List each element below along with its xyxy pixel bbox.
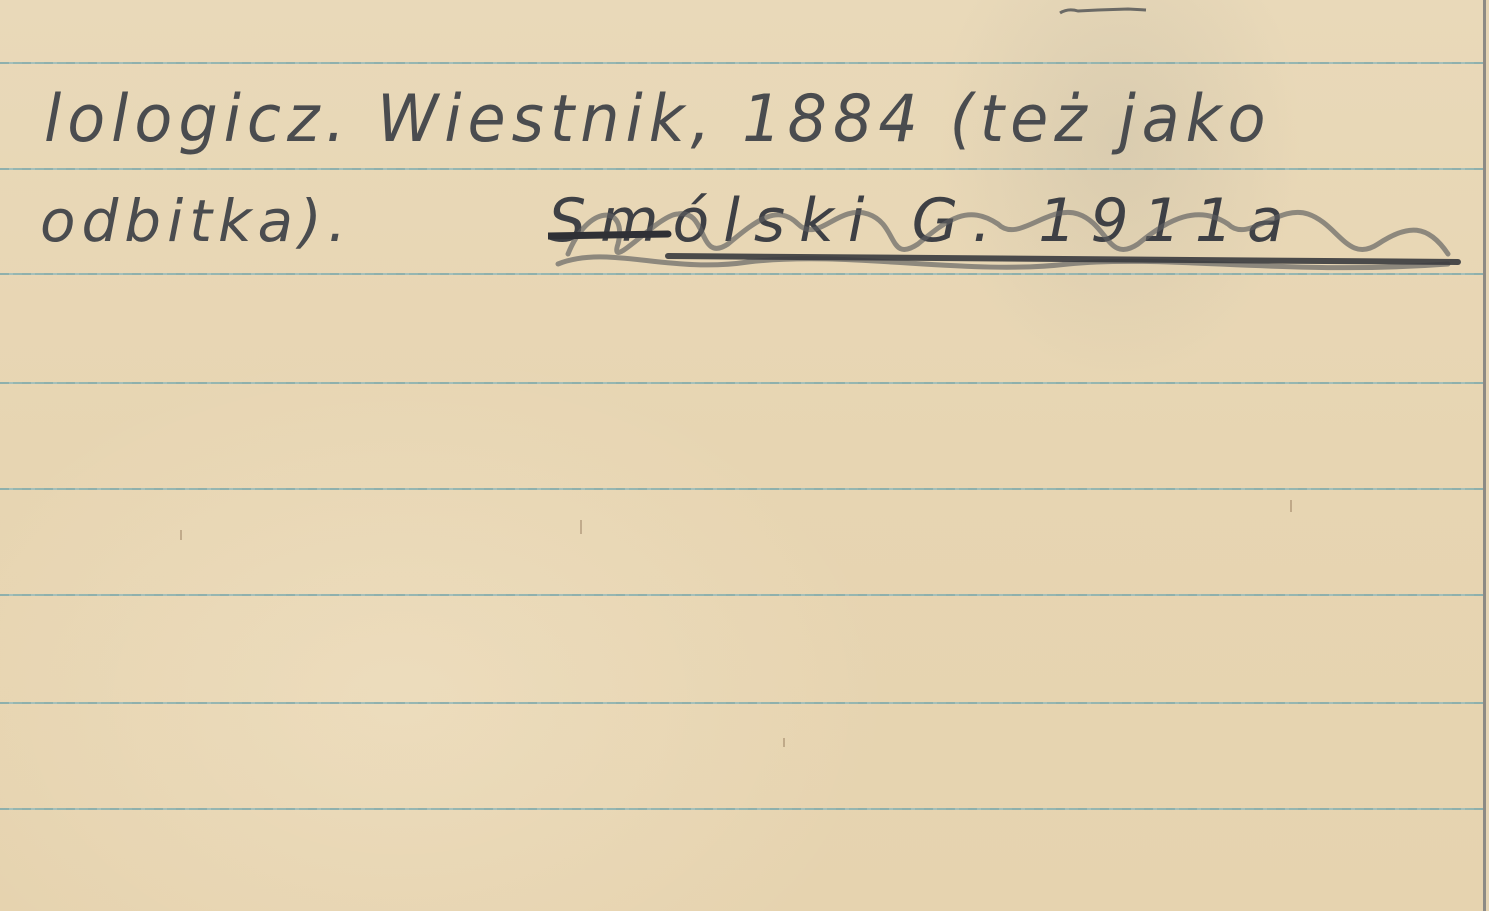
ruled-line — [0, 808, 1483, 810]
paper-fleck — [1290, 500, 1292, 512]
paper-fleck — [580, 520, 582, 534]
top-edge-ink-mark — [1058, 0, 1148, 8]
catalogue-card: lologicz. Wiestnik, 1884 (też jako odbit… — [0, 0, 1486, 911]
scribble-strikethrough — [548, 184, 1468, 282]
paper-fleck — [180, 530, 182, 540]
ruled-line — [0, 382, 1483, 384]
ruled-line — [0, 702, 1483, 704]
ruled-line — [0, 594, 1483, 596]
handwritten-line-2: odbitka). — [40, 187, 352, 255]
ruled-line — [0, 62, 1483, 64]
ruled-line — [0, 488, 1483, 490]
paper-fleck — [783, 738, 785, 747]
ruled-line — [0, 168, 1483, 170]
handwritten-line-1: lologicz. Wiestnik, 1884 (też jako — [44, 80, 1272, 157]
struck-out-entry: Smólski G. 1911a — [548, 184, 1468, 282]
